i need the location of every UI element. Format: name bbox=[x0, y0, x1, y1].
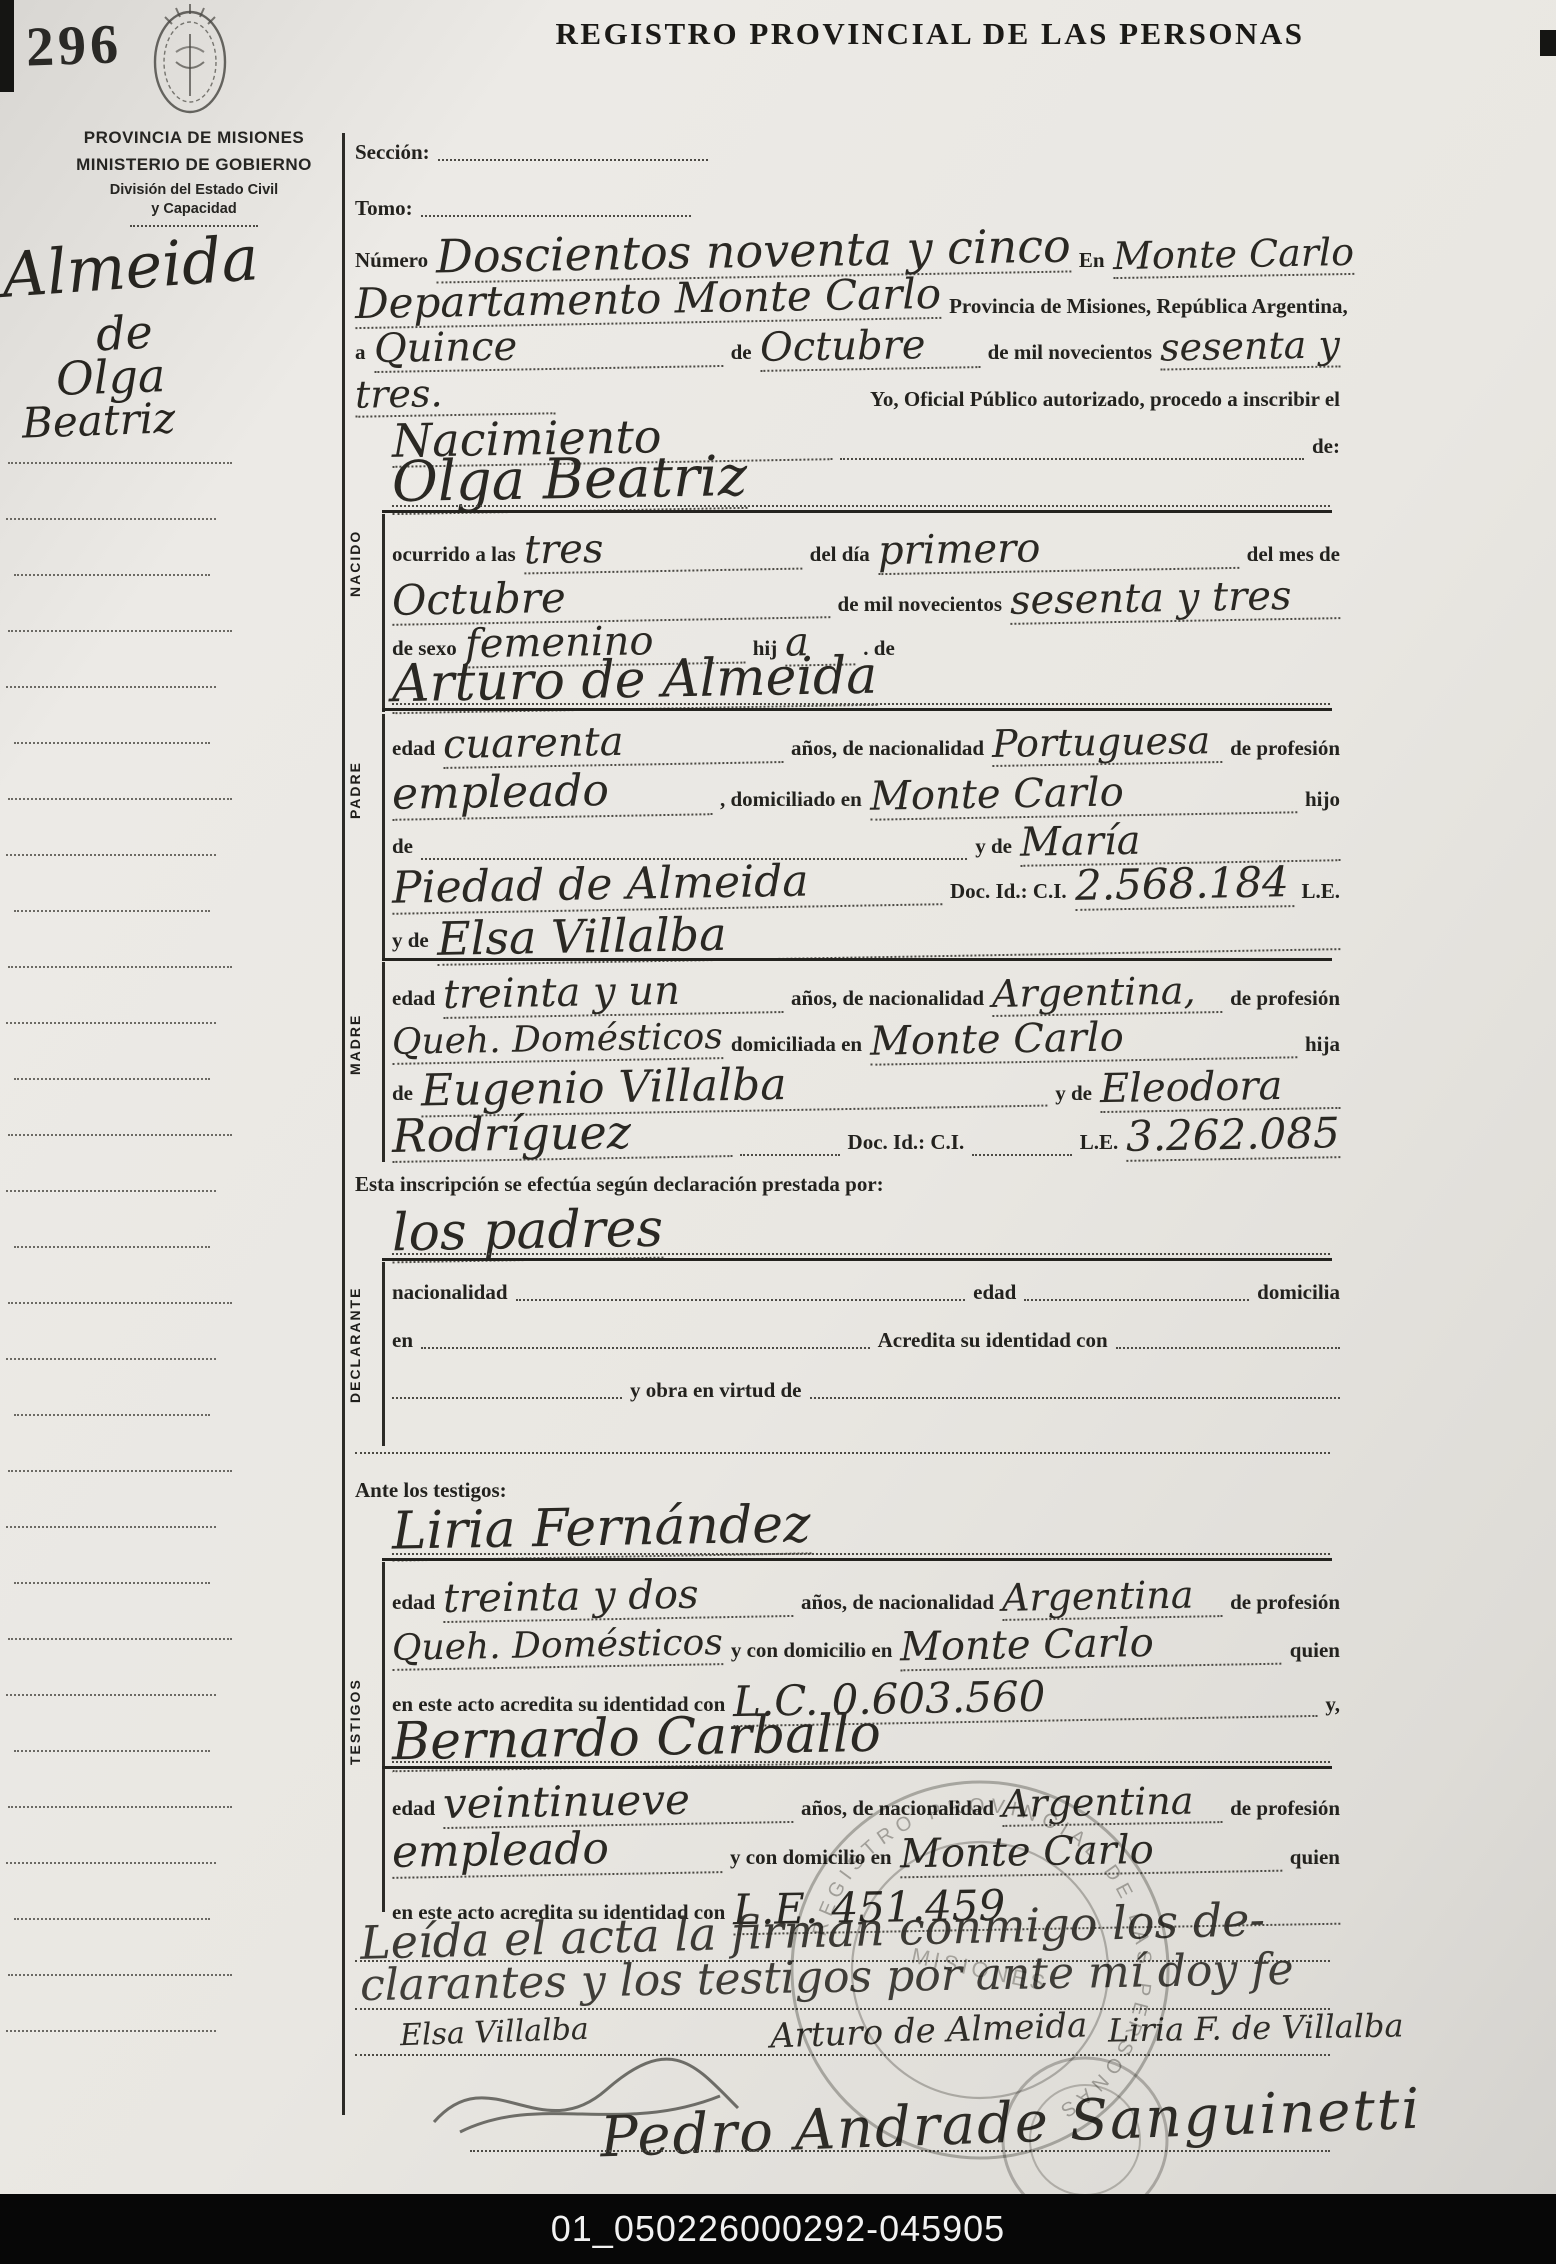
mes-handwritten: Octubre bbox=[392, 572, 830, 626]
a-label: a bbox=[355, 340, 366, 365]
en-place-handwritten: Monte Carlo bbox=[1112, 233, 1354, 279]
dotted-line bbox=[810, 1397, 1340, 1399]
profesion-label: de profesión bbox=[1230, 986, 1340, 1011]
hijo-label: hijo bbox=[1305, 787, 1340, 812]
seccion-label: Sección: bbox=[355, 140, 430, 165]
nacionalidad-handwritten: Argentina, bbox=[992, 971, 1223, 1017]
nacionalidad-label: años, de nacionalidad bbox=[791, 986, 984, 1011]
section-bracket-declarante bbox=[382, 1262, 385, 1446]
departamento-handwritten: Departamento Monte Carlo bbox=[355, 273, 942, 329]
numero-label: Número bbox=[355, 248, 428, 273]
edad-label: edad bbox=[392, 736, 435, 761]
margin-ruled-line bbox=[6, 1526, 216, 1528]
le-handwritten: 3.262.085 bbox=[1126, 1112, 1341, 1162]
margin-ruled-line bbox=[6, 1022, 216, 1024]
section-rule bbox=[382, 708, 1332, 711]
form-divider-rule bbox=[342, 133, 345, 2115]
profesion-handwritten: empleado bbox=[392, 767, 713, 821]
registered-name-row: Olga Beatriz bbox=[392, 452, 1340, 512]
margin-ruled-line bbox=[14, 1078, 210, 1080]
year-cont-row: tres. Yo, Oficial Público autorizado, pr… bbox=[355, 374, 1340, 416]
day-handwritten: Quince bbox=[373, 323, 723, 373]
declarante-datos-row2: en Acredita su identidad con bbox=[392, 1328, 1340, 1353]
yde-label: y de bbox=[975, 834, 1012, 859]
margin-ruled-line bbox=[14, 1582, 210, 1584]
dia-handwritten: primero bbox=[877, 525, 1239, 575]
abuela-apellido-handwritten: Piedad de Almeida bbox=[392, 857, 943, 915]
act-number: 296 bbox=[25, 12, 123, 79]
margin-ruled-line bbox=[6, 854, 216, 856]
section-bracket-testigos bbox=[382, 1562, 385, 1912]
declaracion-intro-row: Esta inscripción se efectúa según declar… bbox=[355, 1172, 1340, 1197]
margin-ruled-line bbox=[8, 966, 232, 968]
madre-profesion-row: Queh. Domésticos domiciliada en Monte Ca… bbox=[392, 1018, 1340, 1062]
section-rule bbox=[382, 1558, 1332, 1561]
letterhead-line1: PROVINCIA DE MISIONES bbox=[38, 128, 350, 148]
profesion-label: de profesión bbox=[1230, 1590, 1340, 1615]
edad-label: edad bbox=[392, 1796, 435, 1821]
dotted-line bbox=[740, 1154, 840, 1156]
domicilio-handwritten: Monte Carlo bbox=[900, 1621, 1282, 1672]
demil-label: de mil novecientos bbox=[988, 340, 1152, 365]
dotted-line bbox=[1024, 1299, 1249, 1301]
margin-ruled-line bbox=[8, 1806, 232, 1808]
declarante-datos-row1: nacionalidad edad domicilia bbox=[392, 1280, 1340, 1305]
dotted-line bbox=[392, 1253, 1330, 1255]
dotted-line bbox=[392, 1397, 622, 1399]
yde-label: y de bbox=[1055, 1081, 1092, 1106]
edad-handwritten: treinta y un bbox=[443, 969, 783, 1019]
testigo1-nombre-row: Liria Fernández bbox=[392, 1502, 1340, 1558]
margin-ruled-line bbox=[14, 1918, 210, 1920]
section-label-declarante: DECLARANTE bbox=[347, 1276, 377, 1414]
section-label-nacido: NACIDO bbox=[347, 520, 377, 606]
coat-of-arms-seal bbox=[136, 0, 244, 126]
acredita-label: Acredita su identidad con bbox=[878, 1328, 1108, 1353]
margin-ruled-line bbox=[8, 1302, 232, 1304]
nacionalidad-label: años, de nacionalidad bbox=[801, 1590, 994, 1615]
signature-madre: Elsa Villalba bbox=[400, 2015, 590, 2052]
oficial-line: Yo, Oficial Público autorizado, procedo … bbox=[870, 387, 1340, 412]
provincia-line: Provincia de Misiones, República Argenti… bbox=[949, 294, 1348, 319]
deldia-label: del día bbox=[810, 542, 870, 567]
scan-edge-artifact bbox=[0, 0, 14, 92]
tomo-row: Tomo: bbox=[355, 196, 1340, 221]
domicilio-label: , domiciliado en bbox=[720, 787, 862, 812]
declarante-datos-row3: y obra en virtud de bbox=[392, 1378, 1340, 1403]
seccion-row: Sección: bbox=[355, 140, 1340, 165]
letterhead-line3: División del Estado Civil bbox=[38, 182, 350, 198]
year-handwritten: sesenta y bbox=[1160, 325, 1341, 370]
profesion-label: de profesión bbox=[1230, 736, 1340, 761]
month-handwritten: Octubre bbox=[759, 324, 980, 372]
testigo1-domicilio-row: Queh. Domésticos y con domicilio en Mont… bbox=[392, 1624, 1340, 1668]
section-bracket-padre bbox=[382, 714, 385, 960]
margin-ruled-line bbox=[14, 574, 210, 576]
dotted-line bbox=[392, 1553, 1330, 1555]
declaracion-intro: Esta inscripción se efectúa según declar… bbox=[355, 1172, 884, 1197]
section-rule bbox=[382, 958, 1332, 961]
section-label-madre: MADRE bbox=[347, 1004, 377, 1084]
madre-nombre-row: y de Elsa Villalba bbox=[392, 908, 1340, 958]
letterhead-line2: MINISTERIO DE GOBIERNO bbox=[38, 155, 350, 175]
margin-ruled-line bbox=[14, 1246, 210, 1248]
profesion-label: de profesión bbox=[1230, 1796, 1340, 1821]
margin-ruled-line bbox=[6, 518, 216, 520]
nacionalidad-label: años, de nacionalidad bbox=[791, 736, 984, 761]
margin-ruled-line bbox=[8, 798, 232, 800]
dotted-line bbox=[972, 1154, 1072, 1156]
hija-label: hija bbox=[1305, 1032, 1340, 1057]
testigo1-edad-row: edad treinta y dos años, de nacionalidad… bbox=[392, 1576, 1340, 1620]
section-bracket-nacido bbox=[382, 514, 385, 712]
hora-handwritten: tres bbox=[523, 526, 802, 575]
section-rule bbox=[382, 510, 1332, 513]
margin-ruled-line bbox=[8, 1974, 232, 1976]
madre-nombre-handwritten: Elsa Villalba bbox=[436, 900, 1340, 966]
de-label: de bbox=[731, 340, 752, 365]
dotted-line bbox=[392, 703, 1330, 705]
margin-ruled-line bbox=[8, 1638, 232, 1640]
domicilio-label: domiciliada en bbox=[731, 1032, 862, 1057]
yde-label: y de bbox=[392, 928, 429, 953]
abuela-apellido-handwritten: Rodríguez bbox=[392, 1107, 733, 1163]
madre-edad-row: edad treinta y un años, de nacionalidad … bbox=[392, 972, 1340, 1016]
quien-label: quien bbox=[1290, 1638, 1340, 1663]
delmes-label: del mes de bbox=[1247, 542, 1340, 567]
dotted-line bbox=[438, 159, 708, 161]
profesion-handwritten: Queh. Domésticos bbox=[392, 1625, 723, 1671]
date-row: a Quince de Octubre de mil novecientos s… bbox=[355, 326, 1340, 370]
margin-ruled-line bbox=[14, 1414, 210, 1416]
padre-profesion-row: empleado , domiciliado en Monte Carlo hi… bbox=[392, 770, 1340, 818]
padre-edad-row: edad cuarenta años, de nacionalidad Port… bbox=[392, 722, 1340, 766]
profesion-handwritten: empleado bbox=[392, 1825, 723, 1879]
section-rule bbox=[382, 1258, 1332, 1261]
edad-handwritten: veintinueve bbox=[443, 1777, 794, 1829]
dotted-line bbox=[516, 1299, 966, 1301]
tomo-label: Tomo: bbox=[355, 196, 413, 221]
profesion-handwritten: Queh. Domésticos bbox=[392, 1019, 723, 1065]
dotted-line bbox=[355, 1452, 1330, 1454]
nacionalidad-handwritten: Argentina bbox=[1002, 1575, 1223, 1621]
ocurrido-label: ocurrido a las bbox=[392, 542, 516, 567]
domicilia-label: domicilia bbox=[1257, 1280, 1340, 1305]
de-label: de bbox=[392, 1081, 413, 1106]
document-title: REGISTRO PROVINCIAL DE LAS PERSONAS bbox=[450, 16, 1410, 52]
en-label: En bbox=[1079, 248, 1105, 273]
demil-label: de mil novecientos bbox=[838, 592, 1002, 617]
margin-ruled-line bbox=[6, 1358, 216, 1360]
scan-footer-bar: 01_050226000292-045905 bbox=[0, 2194, 1556, 2264]
margin-ruled-line bbox=[8, 1470, 232, 1472]
domicilio-handwritten: Monte Carlo bbox=[869, 769, 1297, 820]
section-label-padre: PADRE bbox=[347, 752, 377, 828]
margin-middlename: Beatriz bbox=[21, 397, 176, 444]
margin-ruled-line bbox=[6, 686, 216, 688]
en-label: en bbox=[392, 1328, 413, 1353]
birth-certificate-page: 296 REGISTRO PROVINCIAL DE LAS PERSONAS … bbox=[0, 0, 1556, 2264]
margin-ruled-line bbox=[14, 910, 210, 912]
edad-label: edad bbox=[973, 1280, 1016, 1305]
margin-ruled-line bbox=[8, 462, 232, 464]
padre-nombre-row: Arturo de Almeida bbox=[392, 654, 1340, 710]
edad-label: edad bbox=[392, 1590, 435, 1615]
margin-ruled-line bbox=[8, 630, 232, 632]
dotted-line bbox=[392, 505, 1330, 507]
margin-ruled-line bbox=[6, 1862, 216, 1864]
anio-handwritten: sesenta y tres bbox=[1010, 575, 1341, 625]
nacionalidad-label: nacionalidad bbox=[392, 1280, 508, 1305]
edad-handwritten: cuarenta bbox=[443, 719, 783, 769]
padre-abuelos-row: de y de María bbox=[392, 820, 1340, 864]
margin-ruled-line bbox=[6, 2030, 216, 2032]
edad-label: edad bbox=[392, 986, 435, 1011]
madre-doc-row: Rodríguez Doc. Id.: C.I. L.E. 3.262.085 bbox=[392, 1110, 1340, 1160]
madre-abuelos-row: de Eugenio Villalba y de Eleodora bbox=[392, 1064, 1340, 1112]
dotted-line bbox=[421, 1347, 870, 1349]
nacido-hora-row: ocurrido a las tres del día primero del … bbox=[392, 528, 1340, 572]
domicilio-handwritten: Monte Carlo bbox=[870, 1014, 1298, 1065]
letterhead-line4: y Capacidad bbox=[38, 201, 350, 217]
dotted-line bbox=[1116, 1347, 1340, 1349]
scan-edge-artifact bbox=[1540, 30, 1556, 56]
de-label: de bbox=[392, 834, 413, 859]
margin-ruled-line bbox=[6, 1694, 216, 1696]
obra-label: y obra en virtud de bbox=[630, 1378, 802, 1403]
stamp-inner-text: MISIONES bbox=[909, 1943, 1051, 1996]
nacido-mes-row: Octubre de mil novecientos sesenta y tre… bbox=[392, 576, 1340, 622]
section-bracket-madre bbox=[382, 962, 385, 1162]
margin-ruled-line bbox=[14, 1750, 210, 1752]
le-label: L.E. bbox=[1080, 1130, 1119, 1155]
doc-id-label: Doc. Id.: C.I. bbox=[848, 1130, 965, 1155]
margin-ruled-line bbox=[6, 1190, 216, 1192]
scan-reference-id: 01_050226000292-045905 bbox=[551, 2208, 1005, 2250]
secondary-round-stamp bbox=[990, 2050, 1180, 2200]
edad-handwritten: treinta y dos bbox=[443, 1573, 793, 1623]
dotted-line bbox=[421, 215, 691, 217]
abuela-handwritten: Eleodora bbox=[1100, 1065, 1341, 1113]
margin-ruled-line bbox=[14, 742, 210, 744]
letterhead: PROVINCIA DE MISIONES MINISTERIO DE GOBI… bbox=[38, 128, 350, 227]
margin-surname: Almeida bbox=[0, 227, 260, 307]
quien-label: quien bbox=[1290, 1845, 1340, 1870]
section-label-testigos: TESTIGOS bbox=[347, 1670, 377, 1774]
departamento-row: Departamento Monte Carlo Provincia de Mi… bbox=[355, 278, 1340, 324]
doc-id-label: Doc. Id.: C.I. bbox=[950, 879, 1067, 904]
margin-ruled-line bbox=[8, 1134, 232, 1136]
nacionalidad-handwritten: Portuguesa bbox=[992, 721, 1223, 767]
domicilio-label: y con domicilio en bbox=[731, 1638, 893, 1663]
